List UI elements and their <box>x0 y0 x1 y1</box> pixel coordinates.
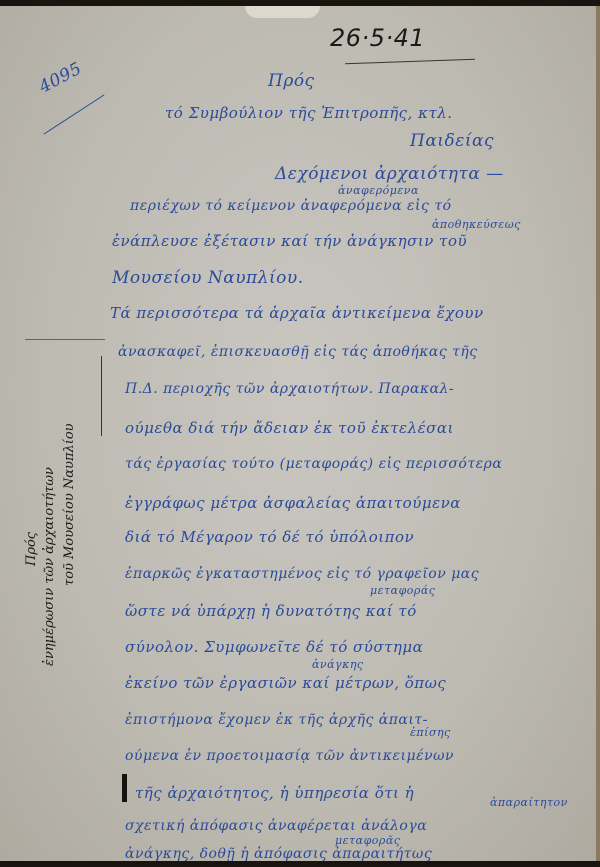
body-line: ἀνασκαφεῖ, ἐπισκευασθῇ εἰς τάς ἀποθήκας … <box>118 344 478 360</box>
body-line: ἐπαρκῶς ἐγκαταστημένος εἰς τό γραφεῖον μ… <box>125 566 479 582</box>
margin-rule <box>25 339 105 340</box>
margin-note-line: Πρός <box>24 532 39 566</box>
interlinear-note: μεταφοράς <box>370 584 435 597</box>
salutation-line: Παιδείας <box>410 131 494 151</box>
body-line: ἐκείνο τῶν ἐργασιῶν καί μέτρων, ὅπως <box>125 674 446 692</box>
margin-note-line: τοῦ Μουσείου Ναυπλίου <box>62 423 77 586</box>
ink-mark <box>122 774 127 802</box>
body-line: διά τό Μέγαρον τό δέ τό ὑπόλοιπον <box>125 528 414 546</box>
interlinear-note: ἀποθηκεύσεως <box>432 218 521 231</box>
body-line: Τά περισσότερα τά ἀρχαῖα ἀντικείμενα ἔχο… <box>110 304 484 322</box>
body-line: ἐγγράφως μέτρα ἀσφαλείας ἀπαιτούμενα <box>125 494 461 512</box>
manuscript-page: 26·5·41 4095 Πρός τό Συμβούλιον τῆς Ἐπιτ… <box>0 6 600 861</box>
body-line: περιέχων τό κείμενον ἀναφερόμενα εἰς τό <box>130 198 452 214</box>
interlinear-note: ἀνάγκης <box>312 658 364 671</box>
salutation-line: τό Συμβούλιον τῆς Ἐπιτροπῆς, κτλ. <box>165 104 453 122</box>
interlinear-note: ἀπαραίτητον <box>490 796 568 809</box>
body-line: Μουσείου Ναυπλίου. <box>112 268 304 288</box>
torn-edge <box>245 6 320 18</box>
body-line: ούμεθα διά τήν ἄδειαν ἐκ τοῦ ἐκτελέσαι <box>125 419 454 437</box>
margin-note-line: ἐνημέρωσιν τῶν ἀρχαιοτήτων <box>42 467 57 666</box>
body-line: τῆς ἀρχαιότητος, ἡ ὑπηρεσία ὅτι ἡ <box>135 784 414 802</box>
body-line: ούμενα ἐν προετοιμασίᾳ τῶν ἀντικειμένων <box>125 748 454 764</box>
body-line: ὥστε νά ὑπάρχῃ ἡ δυνατότης καί τό <box>125 602 417 620</box>
salutation-line: Πρός <box>268 71 315 91</box>
body-line: Π.Δ. περιοχῆς τῶν ἀρχαιοτήτων. Παρακαλ- <box>125 381 454 397</box>
body-line: σχετική ἀπόφασις ἀναφέρεται ἀνάλογα <box>125 818 427 834</box>
body-line: τάς ἐργασίας τούτο (μεταφοράς) εἰς περισ… <box>125 456 502 472</box>
reference-number: 4095 <box>36 59 85 98</box>
document-date: 26·5·41 <box>330 24 425 52</box>
body-line: Δεχόμενοι ἀρχαιότητα — <box>275 164 504 184</box>
interlinear-note: ἀναφερόμενα <box>338 184 419 197</box>
reference-underline <box>44 94 105 134</box>
body-line: ἀνάγκης, δοθῇ ἡ ἀπόφασις ἀπαραιτήτως <box>125 846 432 862</box>
date-underline <box>345 59 475 65</box>
body-line: σύνολον. Συμφωνεῖτε δέ τό σύστημα <box>125 638 423 656</box>
margin-vertical-rule <box>101 356 102 436</box>
body-line: ἐπιστήμονα ἔχομεν ἐκ τῆς ἀρχῆς ἀπαιτ- <box>125 712 428 728</box>
body-line: ἐνάπλευσε ἐξέτασιν καί τήν ἀνάγκησιν τοῦ <box>112 232 467 250</box>
interlinear-note: ἐπίσης <box>410 726 451 739</box>
